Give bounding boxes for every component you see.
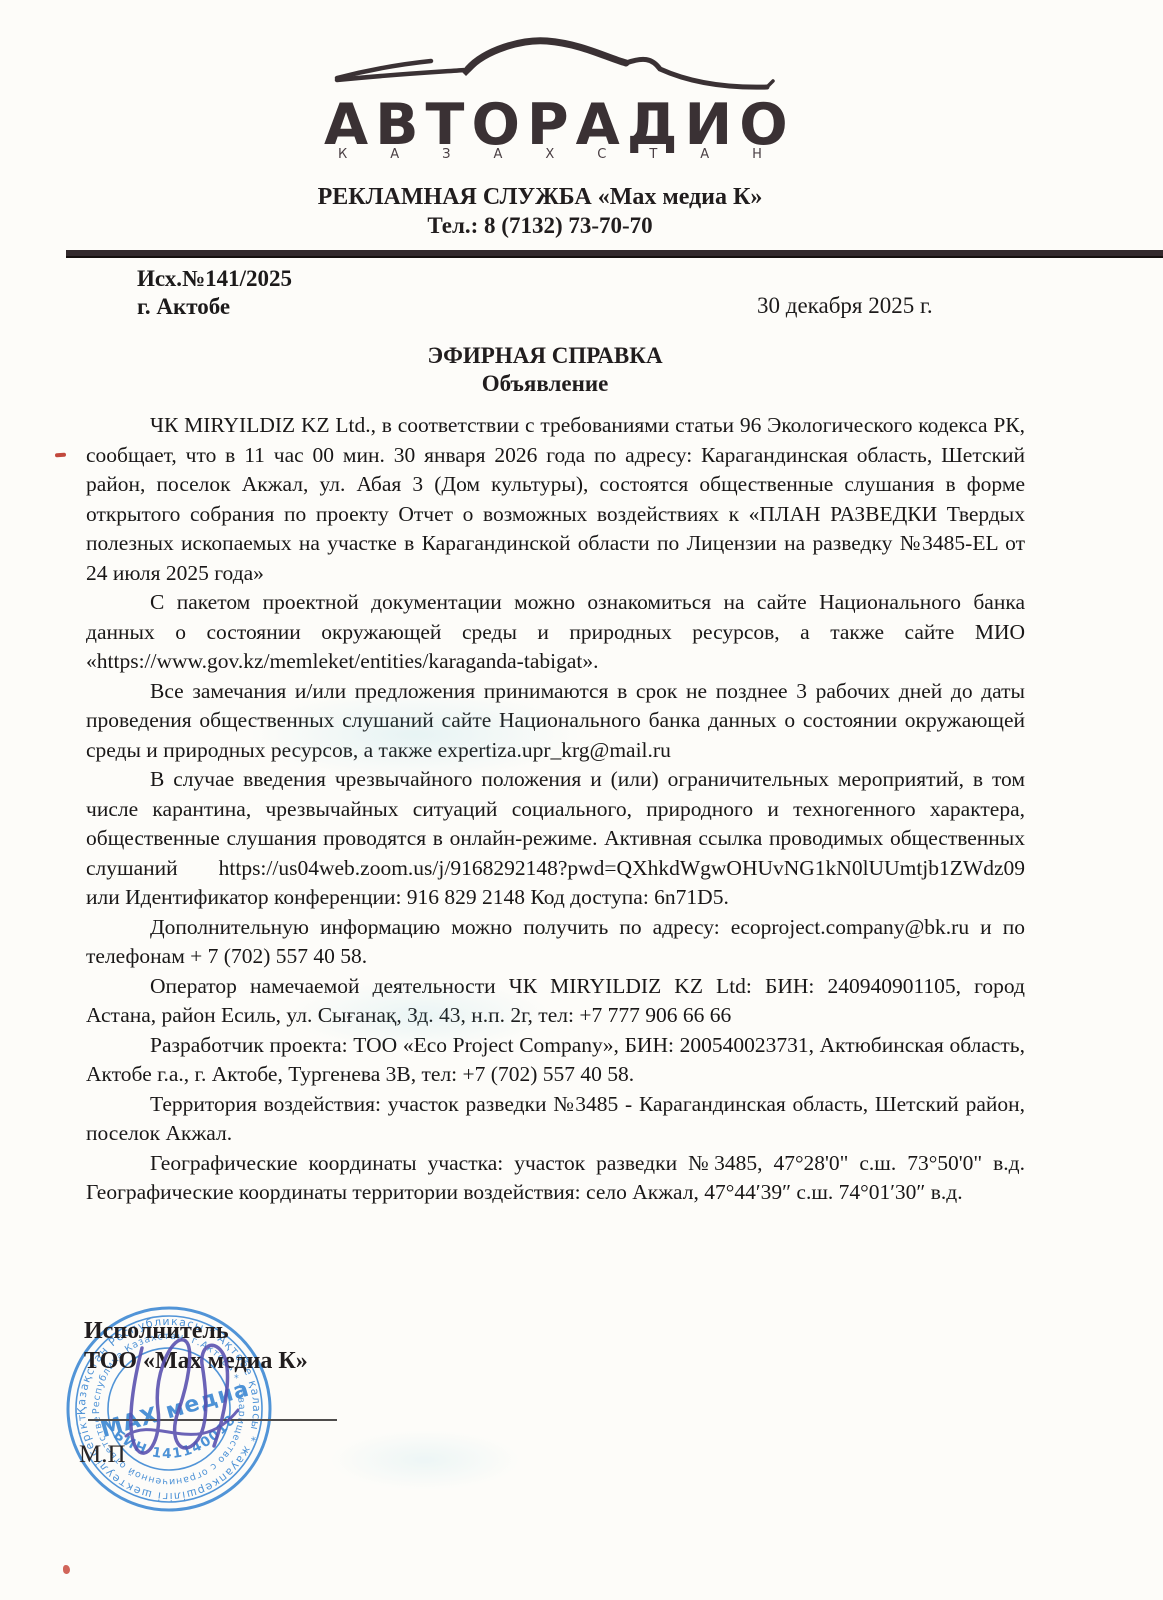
handwritten-signature xyxy=(112,1318,252,1478)
scan-smudge xyxy=(330,1430,520,1490)
paragraph-developer: Разработчик проекта: ТОО «Eco Project Co… xyxy=(86,1031,1025,1090)
red-bottom-mark xyxy=(63,1565,70,1574)
red-margin-mark xyxy=(55,453,66,458)
paragraph-coordinates: Географические координаты участка: участ… xyxy=(86,1149,1025,1208)
paragraph-impact-territory: Территория воздействия: участок разведки… xyxy=(86,1090,1025,1149)
scanned-letter-page: АВТОРАДИО КАЗАХСТАН РЕКЛАМНАЯ СЛУЖБА «Ма… xyxy=(0,0,1163,1600)
phone-line: Тел.: 8 (7132) 73-70-70 xyxy=(0,213,1080,239)
document-date: 30 декабря 2025 г. xyxy=(757,293,933,319)
document-subtitle: Объявление xyxy=(0,371,1090,397)
service-line: РЕКЛАМНАЯ СЛУЖБА «Мах медиа К» xyxy=(0,184,1080,211)
paragraph-documentation: С пакетом проектной документации можно о… xyxy=(86,588,1025,677)
header-divider-rule xyxy=(66,250,1163,258)
paragraph-announcement: ЧК MIRYILDIZ KZ Ltd., в соответствии с т… xyxy=(86,411,1025,588)
city: г. Актобе xyxy=(137,294,230,320)
paragraph-online-format: В случае введения чрезвычайного положени… xyxy=(86,765,1025,913)
brand-country-text: КАЗАХСТАН xyxy=(338,147,805,162)
paragraph-operator: Оператор намечаемой деятельности ЧК MIRY… xyxy=(86,972,1025,1031)
paragraph-contact-info: Дополнительную информацию можно получить… xyxy=(86,913,1025,972)
letter-body: ЧК MIRYILDIZ KZ Ltd., в соответствии с т… xyxy=(86,411,1025,1208)
outgoing-number: Исх.№141/2025 xyxy=(137,266,292,292)
document-title: ЭФИРНАЯ СПРАВКА xyxy=(0,343,1090,369)
paragraph-feedback: Все замечания и/или предложения принимаю… xyxy=(86,677,1025,766)
